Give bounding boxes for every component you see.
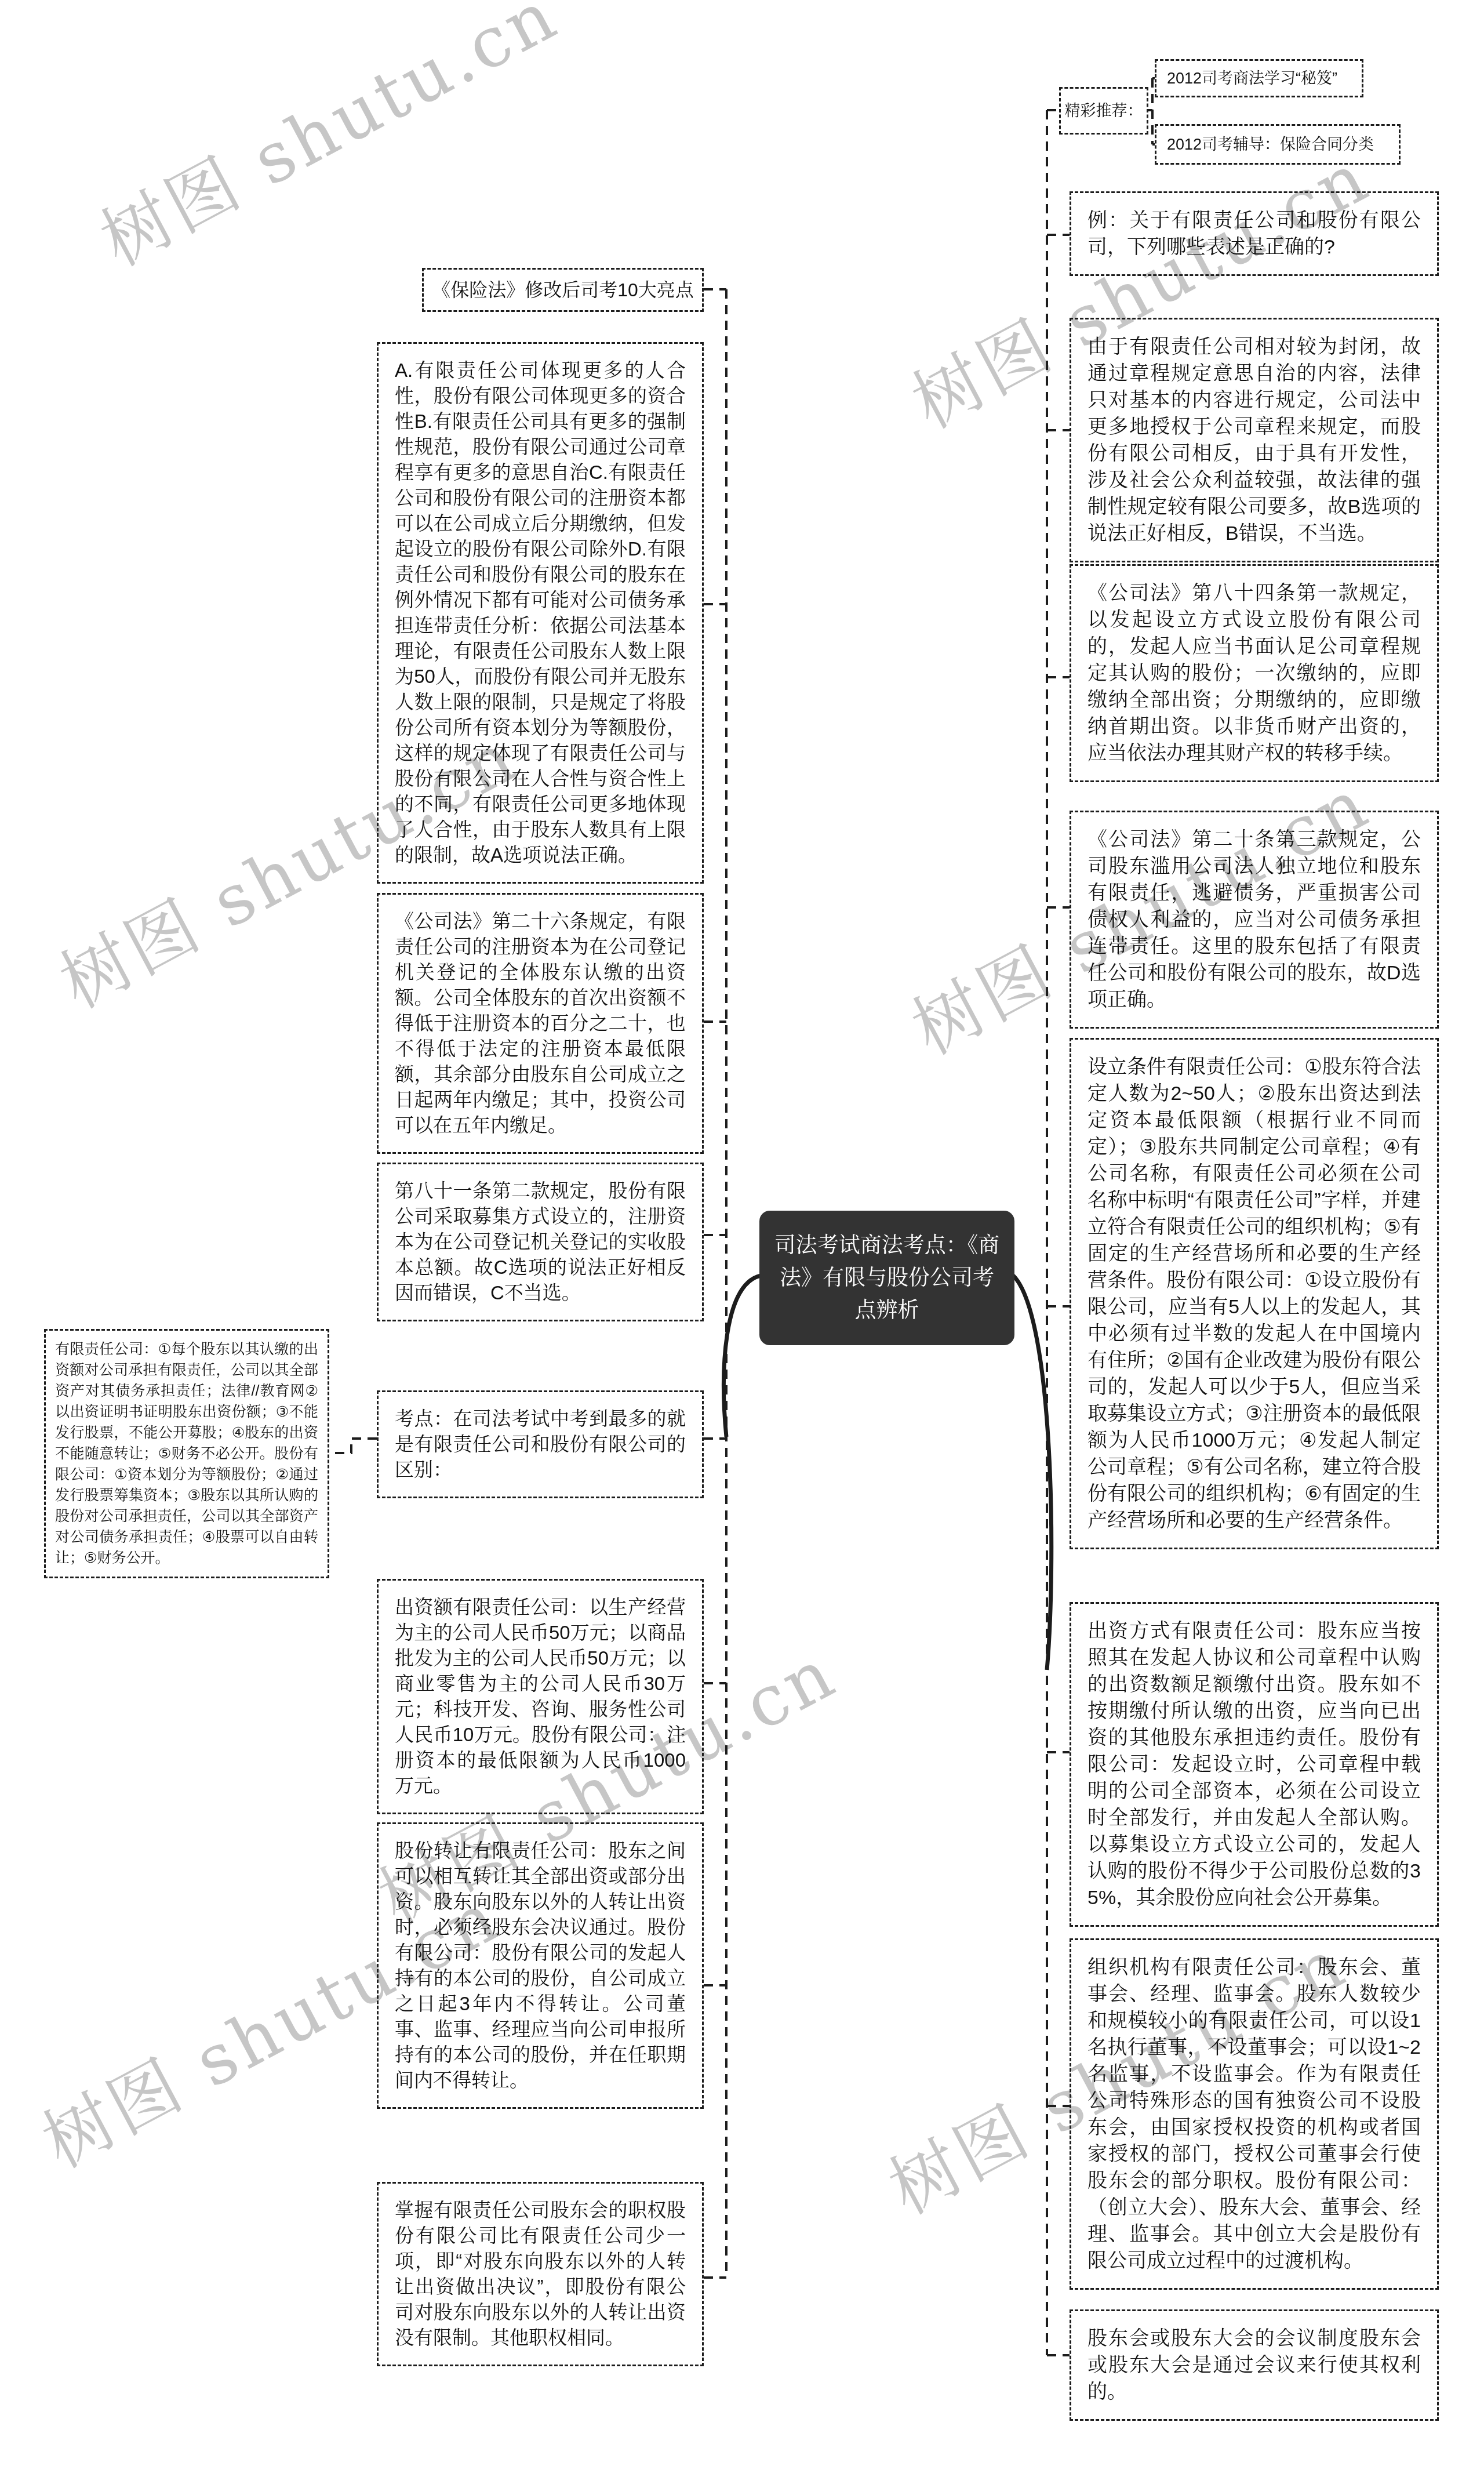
mindmap-canvas: 树图 shutu.cn 树图 shutu.cn 树图 shutu.cn 树图 s… [0, 0, 1484, 2466]
shareholders-meeting-powers-note: 掌握有限责任公司股东会的职权股份有限公司比有限责任公司少一项，即“对股东向股东以… [377, 2182, 704, 2366]
meeting-system-note: 股东会或股东大会的会议制度股东会或股东大会是通过会议来行使其权利的。 [1070, 2309, 1439, 2421]
company-law-article20-note: 《公司法》第二十条第三款规定，公司股东滥用公司法人独立地位和股东有限责任，逃避债… [1070, 811, 1439, 1029]
share-transfer-note: 股份转让有限责任公司：股东之间可以相互转让其全部出资或部分出资。股东向股东以外的… [377, 1822, 704, 2109]
company-comparison-note: 有限责任公司：①每个股东以其认缴的出资额对公司承担有限责任，公司以其全部资产对其… [44, 1329, 329, 1578]
company-law-article26-note: 《公司法》第二十六条规定，有限责任公司的注册资本为在公司登记机关登记的全体股东认… [377, 893, 704, 1154]
organizational-structure-note: 组织机构有限责任公司：股东会、董事会、经理、监事会。股东人数较少和规模较小的有限… [1070, 1938, 1439, 2290]
recommend-label: 精彩推荐： [1059, 87, 1148, 135]
recommend-link-1[interactable]: 2012司考商法学习“秘笈” [1155, 59, 1363, 97]
article81-clause2-note: 第八十一条第二款规定，股份有限公司采取募集方式设立的，注册资本为在公司登记机关登… [377, 1163, 704, 1321]
options-abcd-analysis-note: A.有限责任公司体现更多的人合性，股份有限公司体现更多的资合性B.有限责任公司具… [377, 342, 704, 884]
example-question-note: 例：关于有限责任公司和股份有限公司，下列哪些表述是正确的? [1070, 191, 1439, 276]
establishment-conditions-note: 设立条件有限责任公司：①股东符合法定人数为2~50人；②股东出资达到法定资本最低… [1070, 1038, 1439, 1549]
center-topic: 司法考试商法考点：《商法》有限与股份公司考点辨析 [759, 1211, 1014, 1345]
option-b-analysis-note: 由于有限责任公司相对较为封闭，故通过章程规定意思自治的内容，法律只对基本的内容进… [1070, 318, 1439, 562]
capital-contribution-amount-note: 出资额有限责任公司：以生产经营为主的公司人民币50万元；以商品批发为主的公司人民… [377, 1579, 704, 1814]
insurance-law-highlights-note: 《保险法》修改后司考10大亮点 [422, 268, 704, 312]
recommend-link-2[interactable]: 2012司考辅导：保险合同分类 [1155, 124, 1401, 165]
contribution-method-note: 出资方式有限责任公司：股东应当按照其在发起人协议和公司章程中认购的出资数额足额缴… [1070, 1602, 1439, 1927]
company-law-article84-note: 《公司法》第八十四条第一款规定，以发起设立方式设立股份有限公司的，发起人应当书面… [1070, 564, 1439, 782]
exam-point-note: 考点：在司法考试中考到最多的就是有限责任公司和股份有限公司的区别： [377, 1390, 704, 1498]
